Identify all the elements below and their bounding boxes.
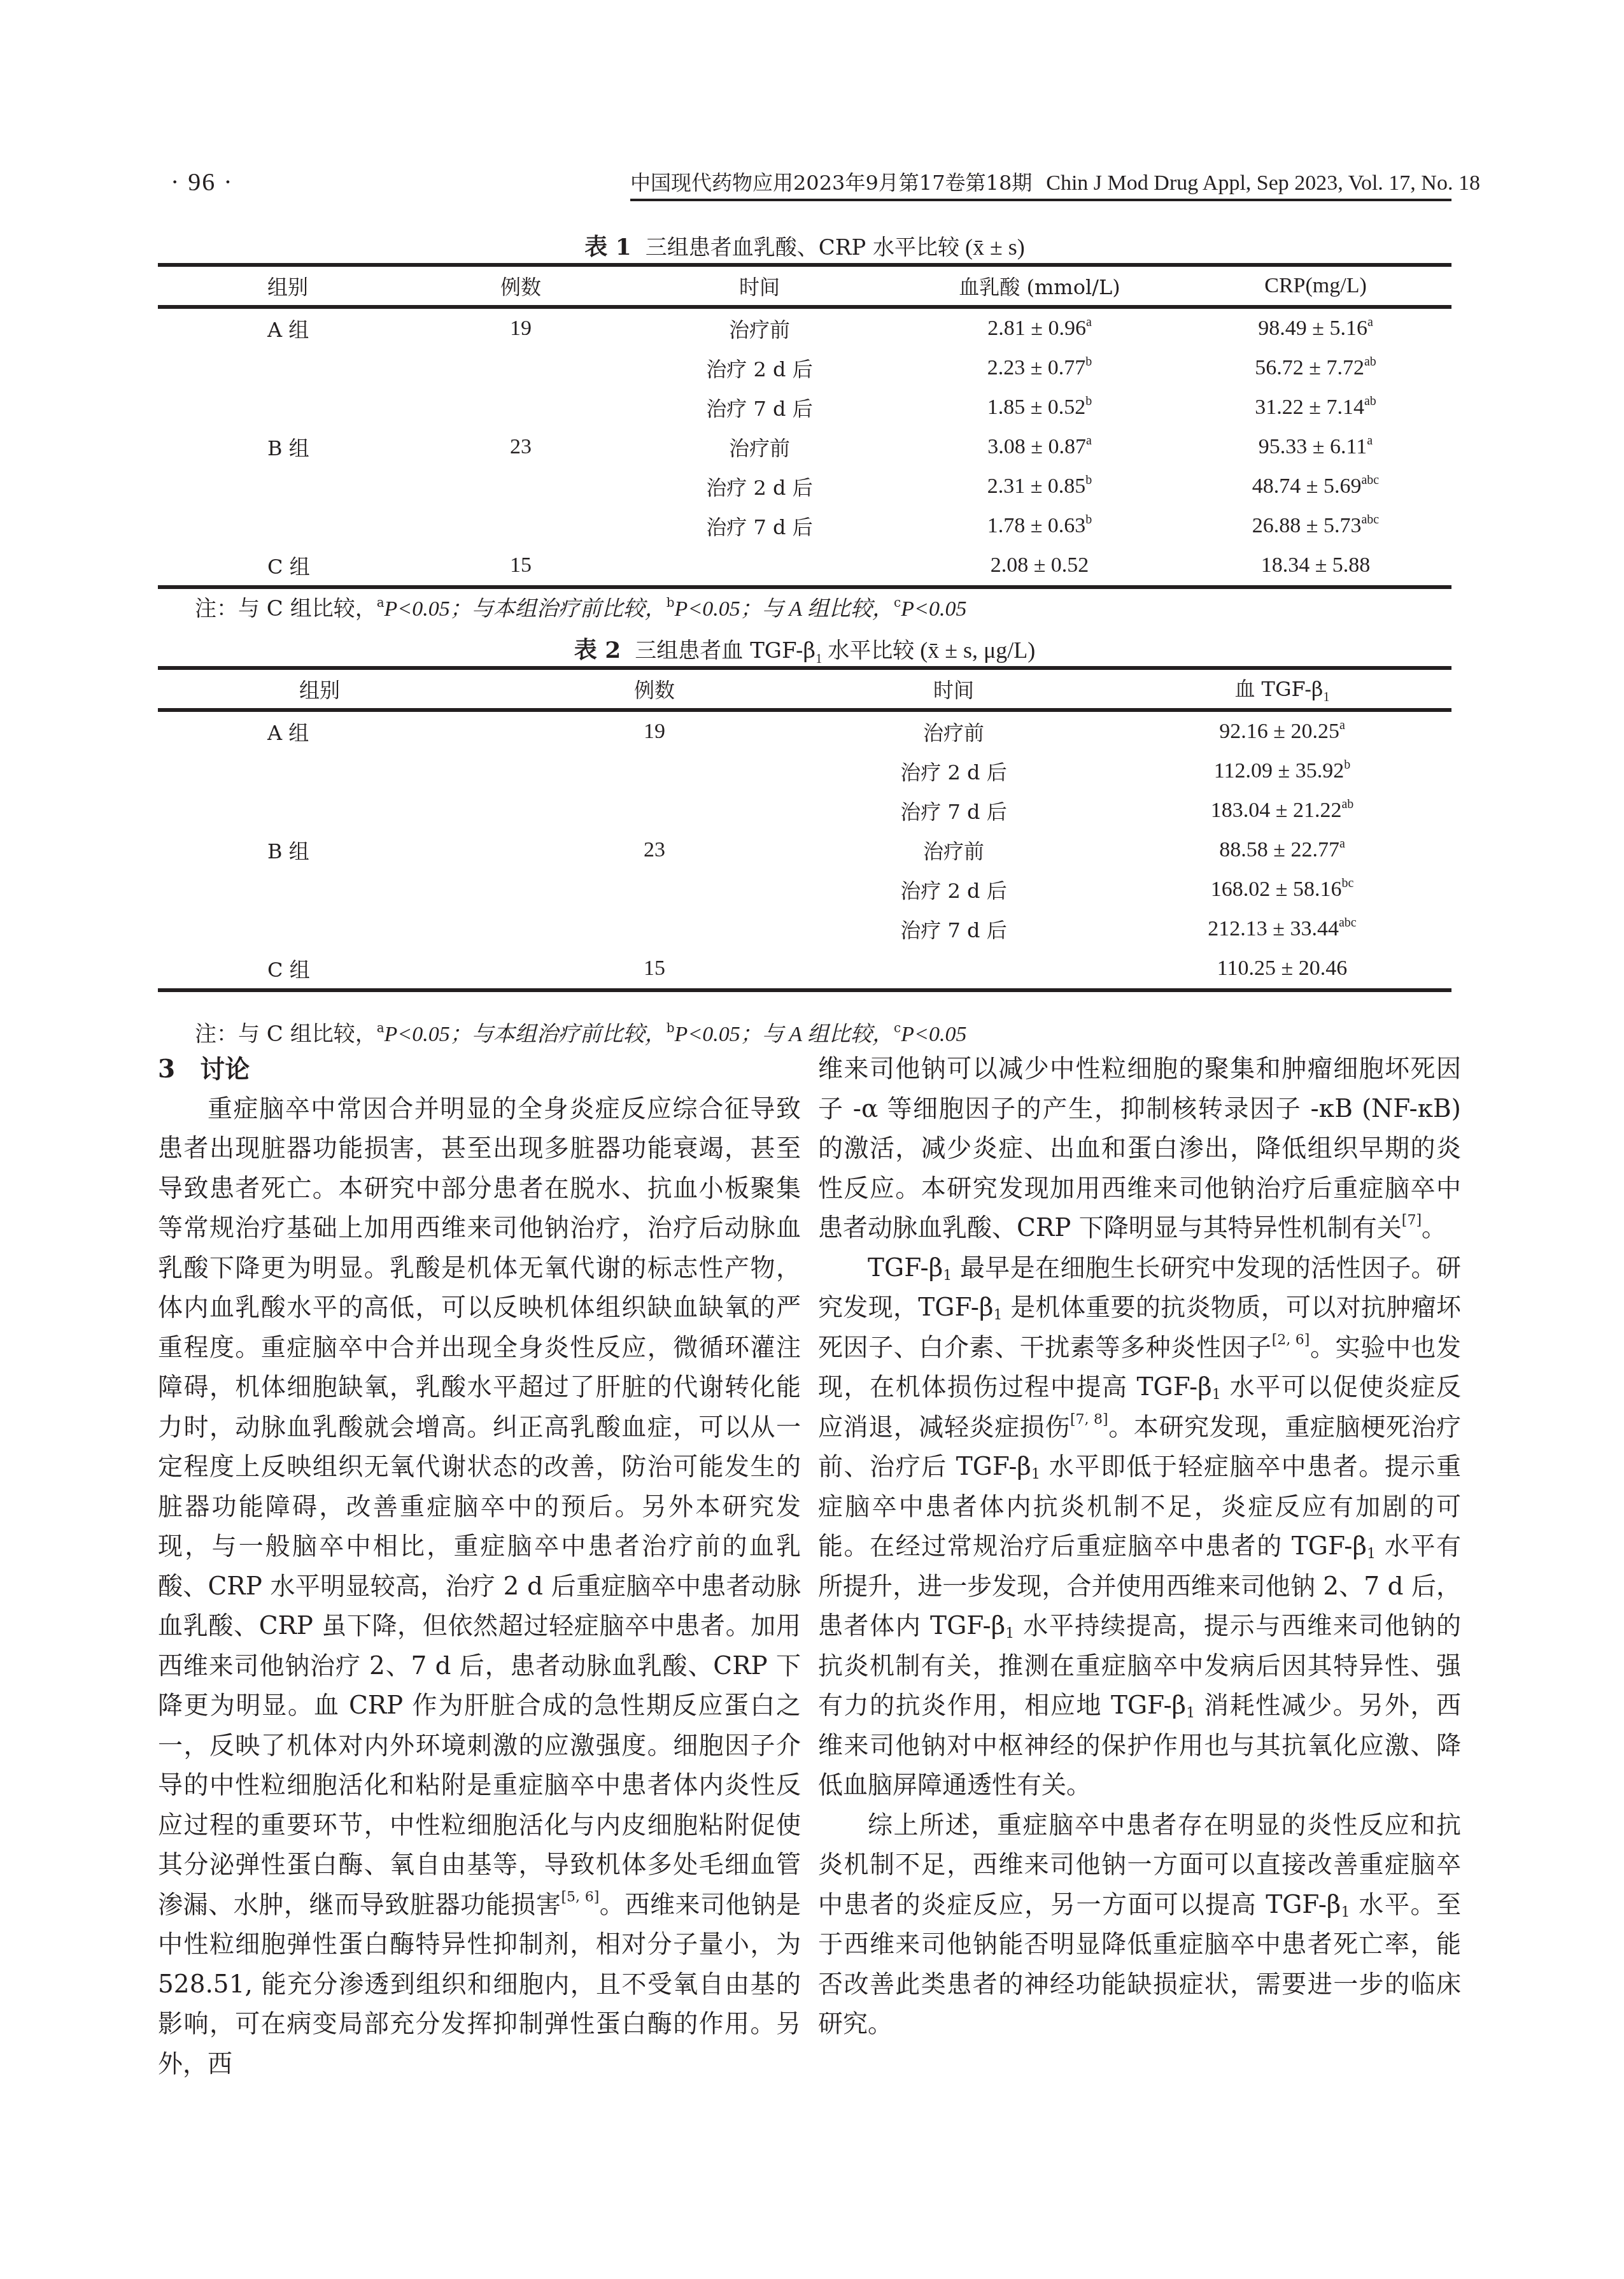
count-cell <box>514 870 794 909</box>
body-column-left: 3 讨论 重症脑卒中常因合并明显的全身炎症反应综合征导致患者出现脏器功能损害，甚… <box>158 1049 801 2084</box>
group-cell <box>158 467 422 506</box>
table1-header-row: 组别 例数 时间 血乳酸 (mmol/L) CRP(mg/L) <box>158 265 1451 307</box>
table2-caption: 表 2三组患者血 TGF-β1 水平比较 (x̄ ± s, μg/L) <box>158 632 1451 667</box>
lactate-cell: 1.78 ± 0.63b <box>900 506 1180 546</box>
table1-col-crp: CRP(mg/L) <box>1180 265 1451 307</box>
time-cell: 治疗前 <box>619 307 900 348</box>
crp-cell: 48.74 ± 5.69abc <box>1180 467 1451 506</box>
time-cell: 治疗 2 d 后 <box>794 751 1113 791</box>
lactate-cell: 3.08 ± 0.87a <box>900 427 1180 467</box>
count-cell: 19 <box>514 710 794 751</box>
table1-col-lactate: 血乳酸 (mmol/L) <box>900 265 1180 307</box>
table-row: 治疗 7 d 后1.85 ± 0.52b31.22 ± 7.14ab <box>158 388 1451 427</box>
group-cell: B 组 <box>158 830 514 870</box>
tgf-cell: 168.02 ± 58.16bc <box>1113 870 1451 909</box>
crp-cell: 98.49 ± 5.16a <box>1180 307 1451 348</box>
table1-caption: 表 1三组患者血乳酸、CRP 水平比较 (x̄ ± s) <box>158 229 1451 262</box>
time-cell <box>794 949 1113 990</box>
citation: [7, 8] <box>1070 1412 1108 1428</box>
count-cell <box>422 506 619 546</box>
lactate-cell: 2.23 ± 0.77b <box>900 348 1180 388</box>
group-cell <box>158 870 514 909</box>
crp-cell: 56.72 ± 7.72ab <box>1180 348 1451 388</box>
time-cell: 治疗 7 d 后 <box>794 791 1113 830</box>
table2-col-time: 时间 <box>794 668 1113 710</box>
table1-col-time: 时间 <box>619 265 900 307</box>
journal-title-en: Chin J Mod Drug Appl, Sep 2023, Vol. 17,… <box>1046 171 1480 195</box>
count-cell <box>514 751 794 791</box>
table2-col-group: 组别 <box>158 668 514 710</box>
paragraph-discussion-1: 重症脑卒中常因合并明显的全身炎症反应综合征导致患者出现脏器功能损害，甚至出现多脏… <box>158 1090 801 2085</box>
group-cell: B 组 <box>158 427 422 467</box>
body-column-right: 维来司他钠可以减少中性粒细胞的聚集和肿瘤细胞坏死因子 -α 等细胞因子的产生，抑… <box>818 1049 1461 2045</box>
crp-cell: 95.33 ± 6.11a <box>1180 427 1451 467</box>
table-row: C 组15110.25 ± 20.46 <box>158 949 1451 990</box>
group-cell <box>158 348 422 388</box>
table1-title: 三组患者血乳酸、CRP 水平比较 <box>646 235 959 260</box>
count-cell <box>422 348 619 388</box>
lactate-cell: 1.85 ± 0.52b <box>900 388 1180 427</box>
citation: [7] <box>1402 1212 1422 1228</box>
group-cell: C 组 <box>158 949 514 990</box>
table-row: 治疗 7 d 后212.13 ± 33.44abc <box>158 909 1451 949</box>
crp-cell: 18.34 ± 5.88 <box>1180 546 1451 587</box>
group-cell: A 组 <box>158 710 514 751</box>
citation: [5, 6] <box>561 1889 599 1905</box>
time-cell: 治疗 2 d 后 <box>619 348 900 388</box>
section-heading: 3 讨论 <box>158 1049 801 1090</box>
time-cell: 治疗 7 d 后 <box>619 388 900 427</box>
count-cell: 23 <box>422 427 619 467</box>
table-row: A 组19治疗前2.81 ± 0.96a98.49 ± 5.16a <box>158 307 1451 348</box>
group-cell <box>158 909 514 949</box>
tgf-cell: 110.25 ± 20.46 <box>1113 949 1451 990</box>
group-cell <box>158 388 422 427</box>
count-cell: 15 <box>514 949 794 990</box>
group-cell <box>158 751 514 791</box>
table-row: C 组152.08 ± 0.5218.34 ± 5.88 <box>158 546 1451 587</box>
table1-label: 表 1 <box>584 234 632 260</box>
time-cell: 治疗 2 d 后 <box>619 467 900 506</box>
count-cell <box>422 467 619 506</box>
table2: 组别 例数 时间 血 TGF-β1 A 组19治疗前92.16 ± 20.25a… <box>158 666 1451 992</box>
table-row: B 组23治疗前3.08 ± 0.87a95.33 ± 6.11a <box>158 427 1451 467</box>
time-cell: 治疗 7 d 后 <box>619 506 900 546</box>
table2-title: 三组患者血 TGF-β <box>635 638 816 664</box>
paragraph-discussion-2: TGF-β1 最早是在细胞生长研究中发现的活性因子。研究发现，TGF-β1 是机… <box>818 1249 1461 1806</box>
table-row: B 组23治疗前88.58 ± 22.77a <box>158 830 1451 870</box>
group-cell: A 组 <box>158 307 422 348</box>
tgf-cell: 112.09 ± 35.92b <box>1113 751 1451 791</box>
tgf-cell: 88.58 ± 22.77a <box>1113 830 1451 870</box>
tgf-cell: 183.04 ± 21.22ab <box>1113 791 1451 830</box>
time-cell: 治疗前 <box>619 427 900 467</box>
table2-note: 注：与 C 组比较，aP<0.05；与本组治疗前比较，bP<0.05；与 A 组… <box>195 1016 966 1047</box>
table2-col-tgf: 血 TGF-β1 <box>1113 668 1451 710</box>
paragraph-discussion-3: 综上所述，重症脑卒中患者存在明显的炎性反应和抗炎机制不足，西维来司他钠一方面可以… <box>818 1806 1461 2045</box>
citation: [2, 6] <box>1272 1332 1310 1348</box>
group-cell: C 组 <box>158 546 422 587</box>
table1: 组别 例数 时间 血乳酸 (mmol/L) CRP(mg/L) A 组19治疗前… <box>158 263 1451 589</box>
group-cell <box>158 791 514 830</box>
lactate-cell: 2.81 ± 0.96a <box>900 307 1180 348</box>
paragraph-discussion-1-cont: 维来司他钠可以减少中性粒细胞的聚集和肿瘤细胞坏死因子 -α 等细胞因子的产生，抑… <box>818 1049 1461 1249</box>
crp-cell: 26.88 ± 5.73abc <box>1180 506 1451 546</box>
table-row: A 组19治疗前92.16 ± 20.25a <box>158 710 1451 751</box>
crp-cell: 31.22 ± 7.14ab <box>1180 388 1451 427</box>
table1-note: 注：与 C 组比较，aP<0.05；与本组治疗前比较，bP<0.05；与 A 组… <box>195 591 966 622</box>
table-row: 治疗 2 d 后2.23 ± 0.77b56.72 ± 7.72ab <box>158 348 1451 388</box>
tgf-cell: 212.13 ± 33.44abc <box>1113 909 1451 949</box>
count-cell <box>514 909 794 949</box>
table1-col-group: 组别 <box>158 265 422 307</box>
tgf-cell: 92.16 ± 20.25a <box>1113 710 1451 751</box>
journal-title-cn: 中国现代药物应用2023年9月第17卷第18期 <box>630 171 1032 195</box>
table-row: 治疗 2 d 后2.31 ± 0.85b48.74 ± 5.69abc <box>158 467 1451 506</box>
table-row: 治疗 2 d 后168.02 ± 58.16bc <box>158 870 1451 909</box>
page-number: · 96 · <box>171 167 234 197</box>
table1-col-n: 例数 <box>422 265 619 307</box>
time-cell <box>619 546 900 587</box>
table-row: 治疗 7 d 后1.78 ± 0.63b26.88 ± 5.73abc <box>158 506 1451 546</box>
count-cell <box>514 791 794 830</box>
table2-col-n: 例数 <box>514 668 794 710</box>
count-cell: 15 <box>422 546 619 587</box>
table-row: 治疗 2 d 后112.09 ± 35.92b <box>158 751 1451 791</box>
table2-header-row: 组别 例数 时间 血 TGF-β1 <box>158 668 1451 710</box>
count-cell: 19 <box>422 307 619 348</box>
count-cell <box>422 388 619 427</box>
table-row: 治疗 7 d 后183.04 ± 21.22ab <box>158 791 1451 830</box>
table1-stat: (x̄ ± s) <box>965 234 1025 260</box>
lactate-cell: 2.31 ± 0.85b <box>900 467 1180 506</box>
time-cell: 治疗前 <box>794 710 1113 751</box>
table2-stat: (x̄ ± s, μg/L) <box>920 637 1035 663</box>
lactate-cell: 2.08 ± 0.52 <box>900 546 1180 587</box>
count-cell: 23 <box>514 830 794 870</box>
time-cell: 治疗 7 d 后 <box>794 909 1113 949</box>
time-cell: 治疗 2 d 后 <box>794 870 1113 909</box>
group-cell <box>158 506 422 546</box>
time-cell: 治疗前 <box>794 830 1113 870</box>
table2-label: 表 2 <box>574 637 621 664</box>
running-header: 中国现代药物应用2023年9月第17卷第18期Chin J Mod Drug A… <box>630 167 1451 201</box>
